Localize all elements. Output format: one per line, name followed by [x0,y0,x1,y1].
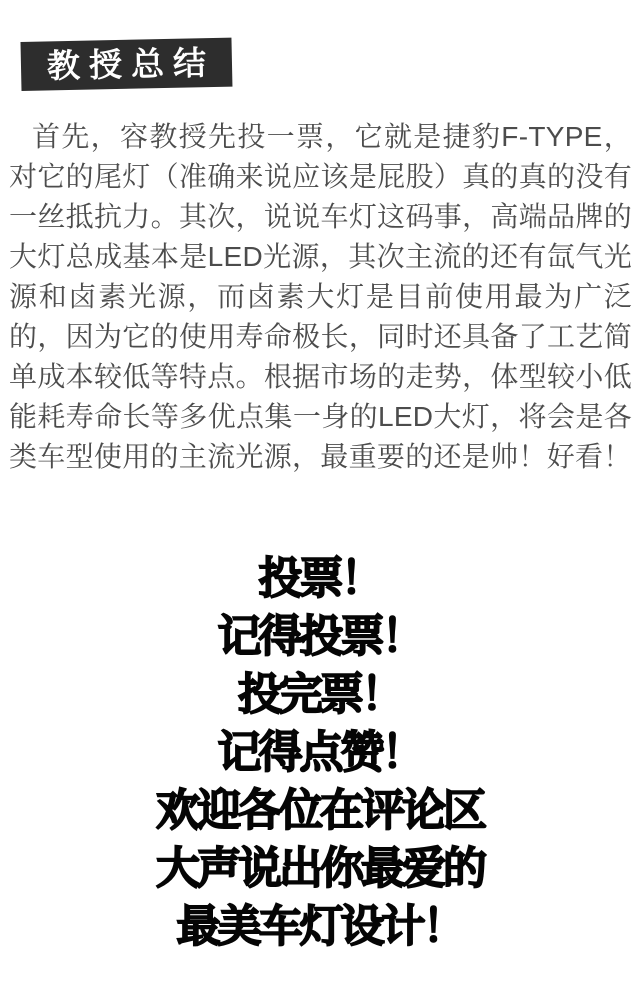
article-page: 教授总结 首先，容教授先投一票，它就是捷豹F-TYPE，对它的尾灯（准确来说应该… [0,0,640,991]
cta-block: 投票！ 记得投票！ 投完票！ 记得点赞！ 欢迎各位在评论区 大声说出你最爱的 最… [0,550,640,956]
cta-line-welcome-comment: 欢迎各位在评论区 [0,782,640,840]
section-title-badge: 教授总结 [20,38,232,91]
cta-line-after-vote: 投完票！ [0,666,640,724]
cta-line-speak-out: 大声说出你最爱的 [0,840,640,898]
cta-line-remember-vote: 记得投票！ [0,608,640,666]
cta-line-vote: 投票！ [0,550,640,608]
cta-line-remember-like: 记得点赞！ [0,724,640,782]
article-paragraph: 首先，容教授先投一票，它就是捷豹F-TYPE，对它的尾灯（准确来说应该是屁股）真… [9,117,632,477]
section-title-label: 教授总结 [38,46,216,83]
cta-line-best-design: 最美车灯设计！ [0,898,640,956]
